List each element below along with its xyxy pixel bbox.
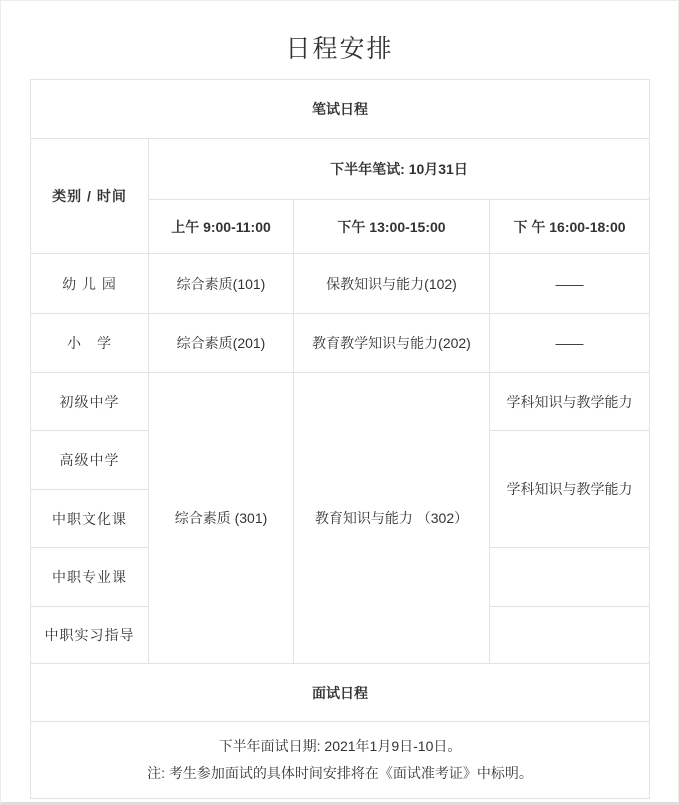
category-cell-primary: 小 学: [31, 314, 149, 373]
category-cell-kindergarten: 幼 儿 园: [31, 254, 149, 314]
table-row-primary: 小 学 综合素质(201) 教育教学知识与能力(202) ——: [31, 314, 650, 373]
table-row-junior-middle: 初级中学 综合素质 (301) 教育知识与能力 （302） 学科知识与教学能力: [31, 373, 650, 431]
empty-cell: [490, 607, 650, 664]
table-row-kindergarten: 幼 儿 园 综合素质(101) 保教知识与能力(102) ——: [31, 254, 650, 314]
exam-schedule-table: 笔试日程 类别 / 时间 下半年笔试: 10月31日 上午 9:00-11:00…: [30, 79, 650, 799]
category-cell-vocational-culture: 中职文化课: [31, 490, 149, 548]
subject-cell-merged-301: 综合素质 (301): [149, 373, 294, 664]
category-cell-senior-middle: 高级中学: [31, 431, 149, 490]
header-category-time: 类别 / 时间: [31, 139, 149, 254]
subject-cell: 保教知识与能力(102): [294, 254, 490, 314]
header-date-banner: 下半年笔试: 10月31日: [149, 139, 650, 200]
dash-cell: ——: [490, 314, 650, 373]
header-session-morning: 上午 9:00-11:00: [149, 200, 294, 254]
interview-note-line: 注: 考生参加面试的具体时间安排将在《面试准考证》中标明。: [35, 760, 645, 787]
page-title: 日程安排: [1, 1, 678, 79]
header-session-afternoon-1: 下午 13:00-15:00: [294, 200, 490, 254]
interview-date-line: 下半年面试日期: 2021年1月9日-10日。: [35, 733, 645, 760]
section-header-written-exam: 笔试日程: [31, 80, 650, 139]
page: { "page": { "title": "日程安排" }, "written_…: [0, 0, 679, 805]
category-cell-vocational-major: 中职专业课: [31, 548, 149, 607]
subject-cell: 教育教学知识与能力(202): [294, 314, 490, 373]
subject-cell: 学科知识与教学能力: [490, 373, 650, 431]
subject-cell: 综合素质(101): [149, 254, 294, 314]
interview-notes-cell: 下半年面试日期: 2021年1月9日-10日。 注: 考生参加面试的具体时间安排…: [31, 722, 650, 799]
empty-cell: [490, 548, 650, 607]
category-cell-vocational-internship: 中职实习指导: [31, 607, 149, 664]
dash-cell: ——: [490, 254, 650, 314]
category-cell-junior-middle: 初级中学: [31, 373, 149, 431]
subject-cell: 综合素质(201): [149, 314, 294, 373]
subject-cell-merged-302: 教育知识与能力 （302）: [294, 373, 490, 664]
section-header-interview: 面试日程: [31, 664, 650, 722]
subject-cell-merged-senior: 学科知识与教学能力: [490, 431, 650, 548]
header-session-afternoon-2: 下 午 16:00-18:00: [490, 200, 650, 254]
